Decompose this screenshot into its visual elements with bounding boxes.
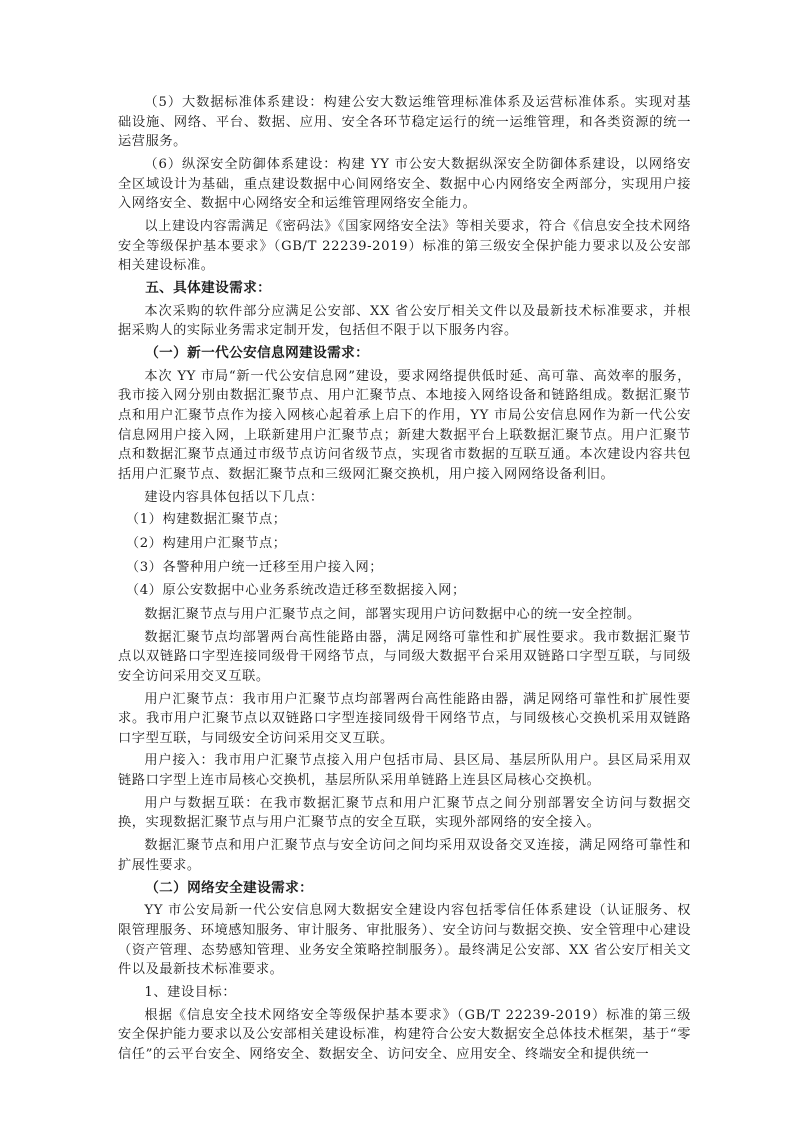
section-heading-specific-requirements: 五、具体建设需求： <box>118 279 691 299</box>
list-item: （2）构建用户汇聚节点； <box>118 534 691 554</box>
list-item: （1）构建数据汇聚节点； <box>118 510 691 530</box>
paragraph-user-node: 用户汇聚节点：我市用户汇聚节点均部署两台高性能路由器，满足网络可靠性和扩展性要求… <box>118 690 691 749</box>
paragraph-defense-in-depth: （6）纵深安全防御体系建设：构建 YY 市公安大数据纵深安全防御体系建设，以网络… <box>118 155 691 214</box>
list-item: （3）各警种用户统一迁移至用户接入网； <box>118 558 691 578</box>
subsection-heading-network-security: （二）网络安全建设需求： <box>118 879 691 899</box>
list-item: （4）原公安数据中心业务系统改造迁移至数据接入网； <box>118 581 691 601</box>
subsection-heading-police-network: （一）新一代公安信息网建设需求： <box>118 344 691 364</box>
paragraph-security-control: 数据汇聚节点与用户汇聚节点之间，部署实现用户访问数据中心的统一安全控制。 <box>118 605 691 625</box>
paragraph-goals-heading: 1、建设目标： <box>118 983 691 1003</box>
paragraph-big-data-standards: （5）大数据标准体系建设：构建公安大数运维管理标准体系及运营标准体系。实现对基础… <box>118 93 691 152</box>
paragraph-list-intro: 建设内容具体包括以下几点： <box>118 488 691 508</box>
paragraph-cross-connect: 数据汇聚节点和用户汇聚节点与安全访问之间均采用双设备交叉连接，满足网络可靠性和扩… <box>118 836 691 875</box>
paragraph-goals: 根据《信息安全技术网络安全等级保护基本要求》（GB/T 22239-2019）标… <box>118 1006 691 1065</box>
paragraph-user-data-interconnect: 用户与数据互联：在我市数据汇聚节点和用户汇聚节点之间分别部署安全访问与数据交换，… <box>118 794 691 833</box>
paragraph-compliance: 以上建设内容需满足《密码法》《国家网络安全法》等相关要求，符合《信息安全技术网络… <box>118 217 691 276</box>
paragraph-data-node: 数据汇聚节点均部署两台高性能路由器，满足网络可靠性和扩展性要求。我市数据汇聚节点… <box>118 628 691 687</box>
paragraph-user-access: 用户接入：我市用户汇聚节点接入用户包括市局、县区局、基层所队用户。县区局采用双链… <box>118 751 691 790</box>
document-page: （5）大数据标准体系建设：构建公安大数运维管理标准体系及运营标准体系。实现对基础… <box>118 93 691 1068</box>
paragraph-security-scope: YY 市公安局新一代公安信息网大数据安全建设内容包括零信任体系建设（认证服务、权… <box>118 901 691 979</box>
paragraph-procurement-scope: 本次采购的软件部分应满足公安部、XX 省公安厅相关文件以及最新技术标准要求，并根… <box>118 302 691 341</box>
paragraph-network-overview: 本次 YY 市局“新一代公安信息网”建设，要求网络提供低时延、高可靠、高效率的服… <box>118 367 691 485</box>
